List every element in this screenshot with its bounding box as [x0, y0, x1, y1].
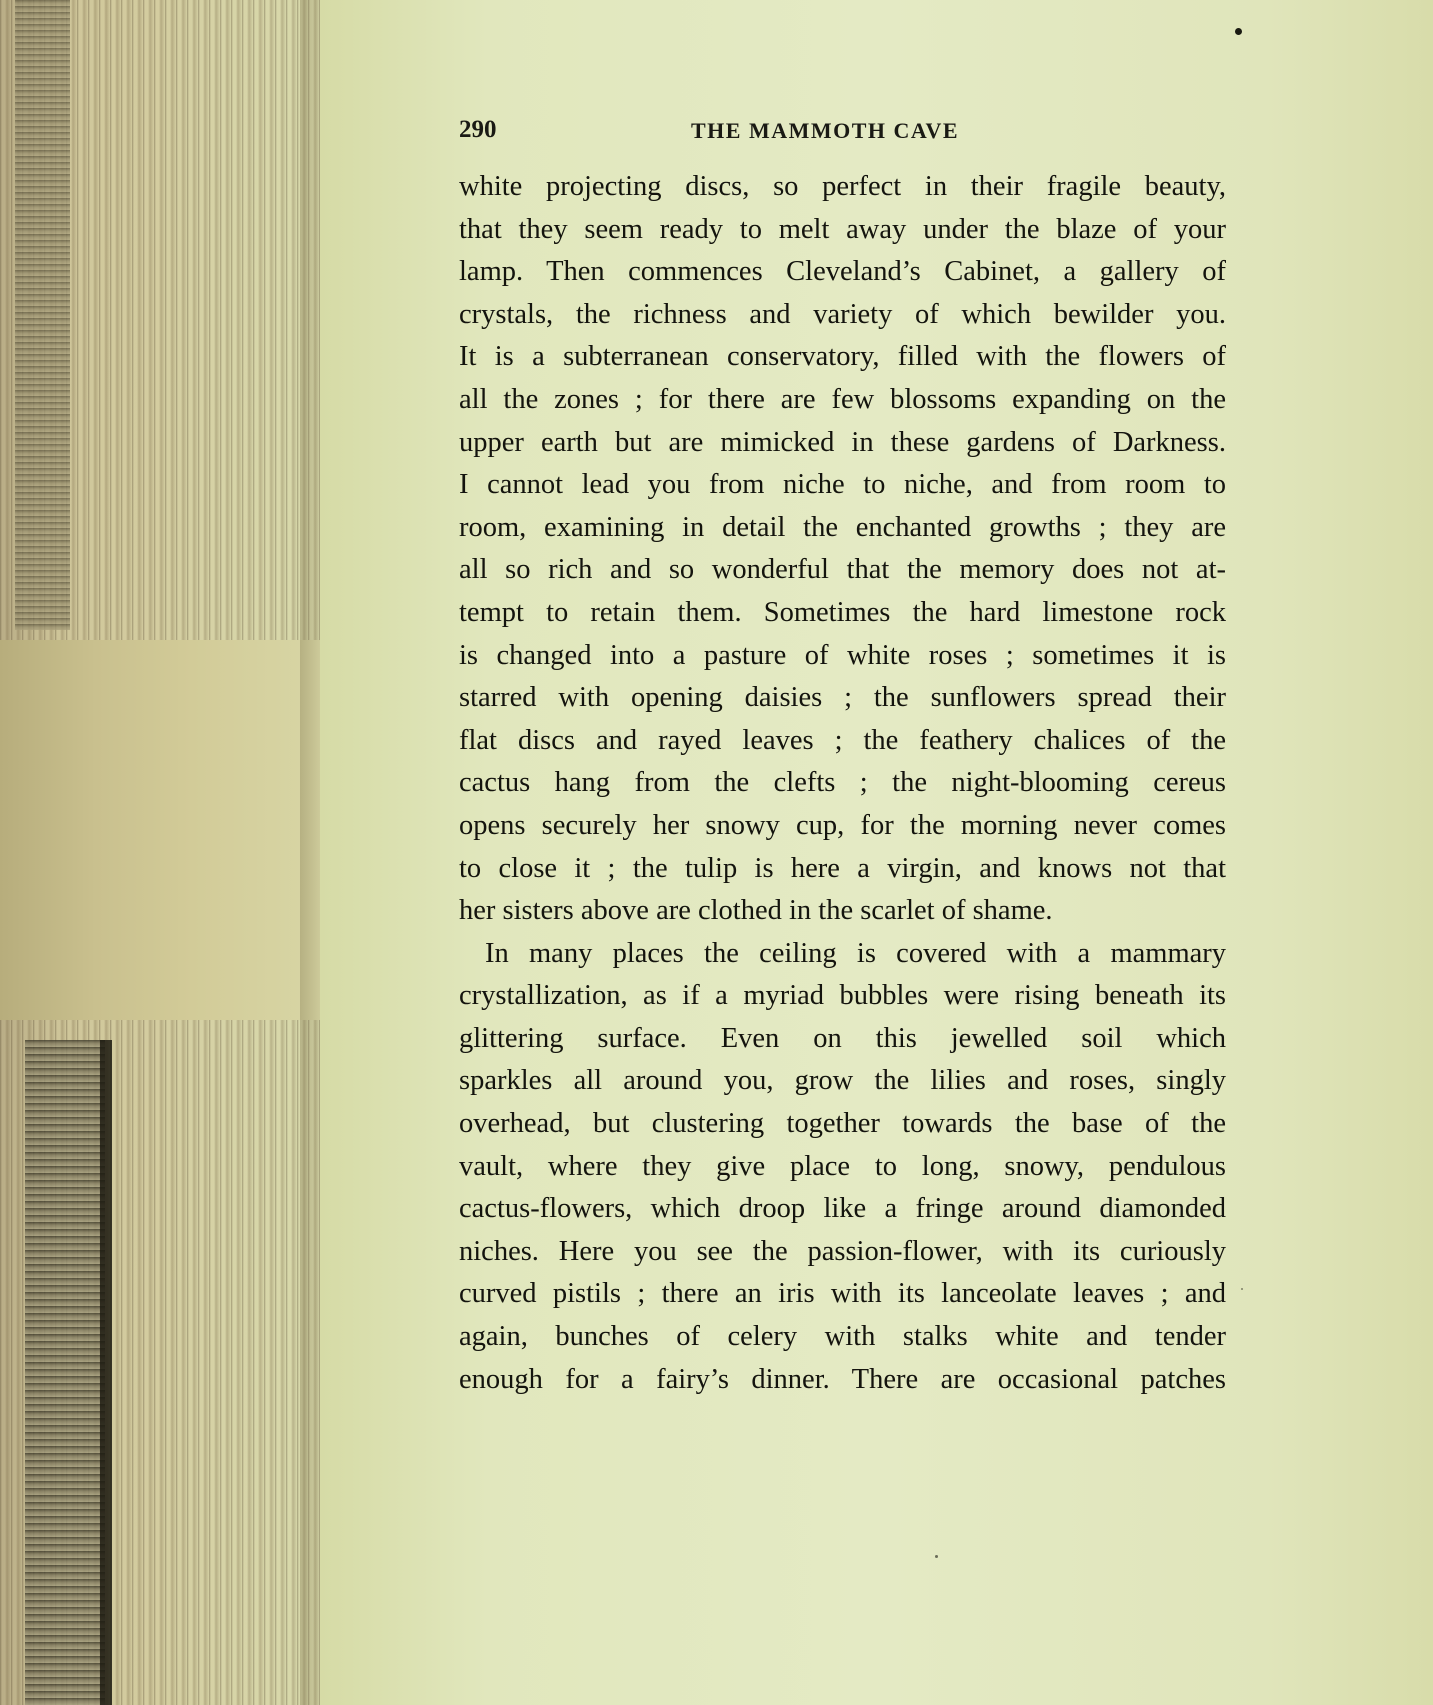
text-line: all so rich and so wonderful that the me… — [459, 549, 1226, 592]
text-line: It is a subterranean conservatory, fille… — [459, 336, 1226, 379]
text-line: curved pistils ; there an iris with its … — [459, 1273, 1226, 1316]
text-line: starred with opening daisies ; the sunfl… — [459, 677, 1226, 720]
text-line: crystallization, as if a myriad bubbles … — [459, 975, 1226, 1018]
paragraph: white projecting discs, so perfect in th… — [459, 166, 1226, 933]
text-line: all the zones ; for there are few blosso… — [459, 379, 1226, 422]
text-line: white projecting discs, so perfect in th… — [459, 166, 1226, 209]
body-text: white projecting discs, so perfect in th… — [459, 166, 1226, 1401]
text-line: cactus hang from the clefts ; the night-… — [459, 762, 1226, 805]
text-line: room, examining in detail the enchanted … — [459, 507, 1226, 550]
page-edge-dark-bottom — [25, 1040, 105, 1705]
ink-speck — [1235, 28, 1242, 35]
ink-speck — [1241, 1288, 1243, 1290]
text-line: is changed into a pasture of white roses… — [459, 635, 1226, 678]
text-line: again, bunches of celery with stalks whi… — [459, 1316, 1226, 1359]
text-line: vault, where they give place to long, sn… — [459, 1146, 1226, 1189]
text-line: upper earth but are mimicked in these ga… — [459, 422, 1226, 465]
text-line: tempt to retain them. Sometimes the hard… — [459, 592, 1226, 635]
page-edge-dark-top — [15, 0, 70, 630]
text-line: crystals, the richness and variety of wh… — [459, 294, 1226, 337]
page-edge-shadow-strip — [100, 1040, 112, 1705]
text-line: lamp. Then commences Cleveland’s Cabinet… — [459, 251, 1226, 294]
text-line: sparkles all around you, grow the lilies… — [459, 1060, 1226, 1103]
text-line: cactus-flowers, which droop like a fring… — [459, 1188, 1226, 1231]
text-line: her sisters above are clothed in the sca… — [459, 890, 1226, 933]
page-edge-middle-band — [0, 640, 320, 1020]
text-line: I cannot lead you from niche to niche, a… — [459, 464, 1226, 507]
text-line: overhead, but clustering together toward… — [459, 1103, 1226, 1146]
page-header: 290 THE MAMMOTH CAVE — [459, 116, 999, 146]
text-line: niches. Here you see the passion-flower,… — [459, 1231, 1226, 1274]
page-number: 290 — [459, 116, 497, 144]
text-line: flat discs and rayed leaves ; the feathe… — [459, 720, 1226, 763]
ink-speck — [935, 1555, 938, 1558]
text-line: opens securely her snowy cup, for the mo… — [459, 805, 1226, 848]
text-line: that they seem ready to melt away under … — [459, 209, 1226, 252]
book-page-edges — [0, 0, 320, 1705]
text-line: In many places the ceiling is covered wi… — [459, 933, 1226, 976]
text-line: enough for a fairy’s dinner. There are o… — [459, 1359, 1226, 1402]
text-line: to close it ; the tulip is here a virgin… — [459, 848, 1226, 891]
text-line: glittering surface. Even on this jewelle… — [459, 1018, 1226, 1061]
running-title: THE MAMMOTH CAVE — [691, 118, 959, 144]
paragraph: In many places the ceiling is covered wi… — [459, 933, 1226, 1402]
